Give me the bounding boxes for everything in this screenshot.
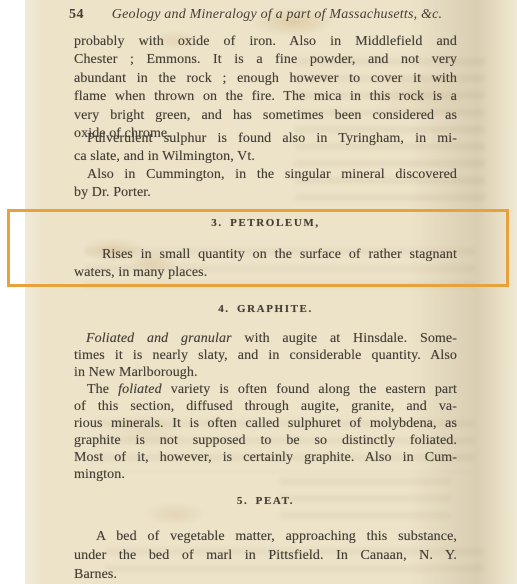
paragraph-line: by Dr. Porter.	[74, 184, 457, 202]
paragraph-line: times it is nearly slaty, and in conside…	[74, 347, 457, 364]
paragraph-line: The foliated variety is often found alon…	[74, 381, 457, 398]
italic-word: foliated	[118, 382, 162, 397]
paragraph-line: very bright green, and has sometimes bee…	[74, 107, 457, 125]
paragraph-oxide-of-iron: probably with oxide of iron. Also in Mid…	[74, 33, 457, 143]
running-header: 54 Geology and Mineralogy of a part of M…	[69, 5, 461, 25]
paragraph-line: flame when thrown on the fire. The mica …	[74, 88, 457, 106]
italic-lead: Foliated and granular	[86, 331, 232, 346]
paragraph-line: Chester ; Emmons. It is a fine powder, a…	[74, 51, 457, 69]
paragraph-line: probably with oxide of iron. Also in Mid…	[74, 33, 457, 51]
page-number: 54	[69, 5, 84, 25]
paragraph-graphite-1: Foliated and granular with augite at Hin…	[74, 330, 457, 381]
paragraph-line: ca slate, and in Wilmington, Vt.	[74, 148, 457, 166]
section-heading-graphite: 4. GRAPHITE.	[74, 303, 457, 315]
paragraph-line: graphite is not supposed to be so distin…	[74, 432, 457, 449]
paragraph-line: Foliated and granular with augite at Hin…	[74, 330, 457, 347]
line-rest: variety is often found along the eastern…	[162, 382, 457, 397]
paragraph-line: Also in Cummington, in the singular mine…	[74, 166, 457, 184]
line-pre: The	[87, 382, 118, 397]
paragraph-line: of this section, diffused through augite…	[74, 398, 457, 415]
paragraph-line: Pulverulent sulphur is found also in Tyr…	[74, 130, 457, 148]
paragraph-line: mington.	[74, 466, 457, 483]
paragraph-line: in New Marlborough.	[74, 364, 457, 381]
paragraph-line: Barnes.	[74, 566, 457, 584]
screenshot-root: { "header": { "page_number": "54", "titl…	[0, 0, 517, 584]
paragraph-peat: A bed of vegetable matter, approaching t…	[74, 528, 457, 584]
page-scan: 54 Geology and Mineralogy of a part of M…	[25, 0, 517, 584]
paragraph-cummington: Also in Cummington, in the singular mine…	[74, 166, 457, 203]
running-title: Geology and Mineralogy of a part of Mass…	[93, 5, 461, 25]
paragraph-line: rious minerals. It is often called sulph…	[74, 415, 457, 432]
paragraph-line: Most of it, however, is certainly graphi…	[74, 449, 457, 466]
line-rest: with augite at Hinsdale. Some-	[232, 331, 457, 346]
highlight-box	[7, 209, 509, 287]
section-heading-peat: 5. PEAT.	[74, 495, 457, 507]
paragraph-line: abundant in the rock ; enough however to…	[74, 70, 457, 88]
paragraph-pulverulent-sulphur: Pulverulent sulphur is found also in Tyr…	[74, 130, 457, 167]
paragraph-line: under the bed of marl in Pittsfield. In …	[74, 547, 457, 566]
paragraph-graphite-2: The foliated variety is often found alon…	[74, 381, 457, 483]
paragraph-line: A bed of vegetable matter, approaching t…	[74, 528, 457, 547]
